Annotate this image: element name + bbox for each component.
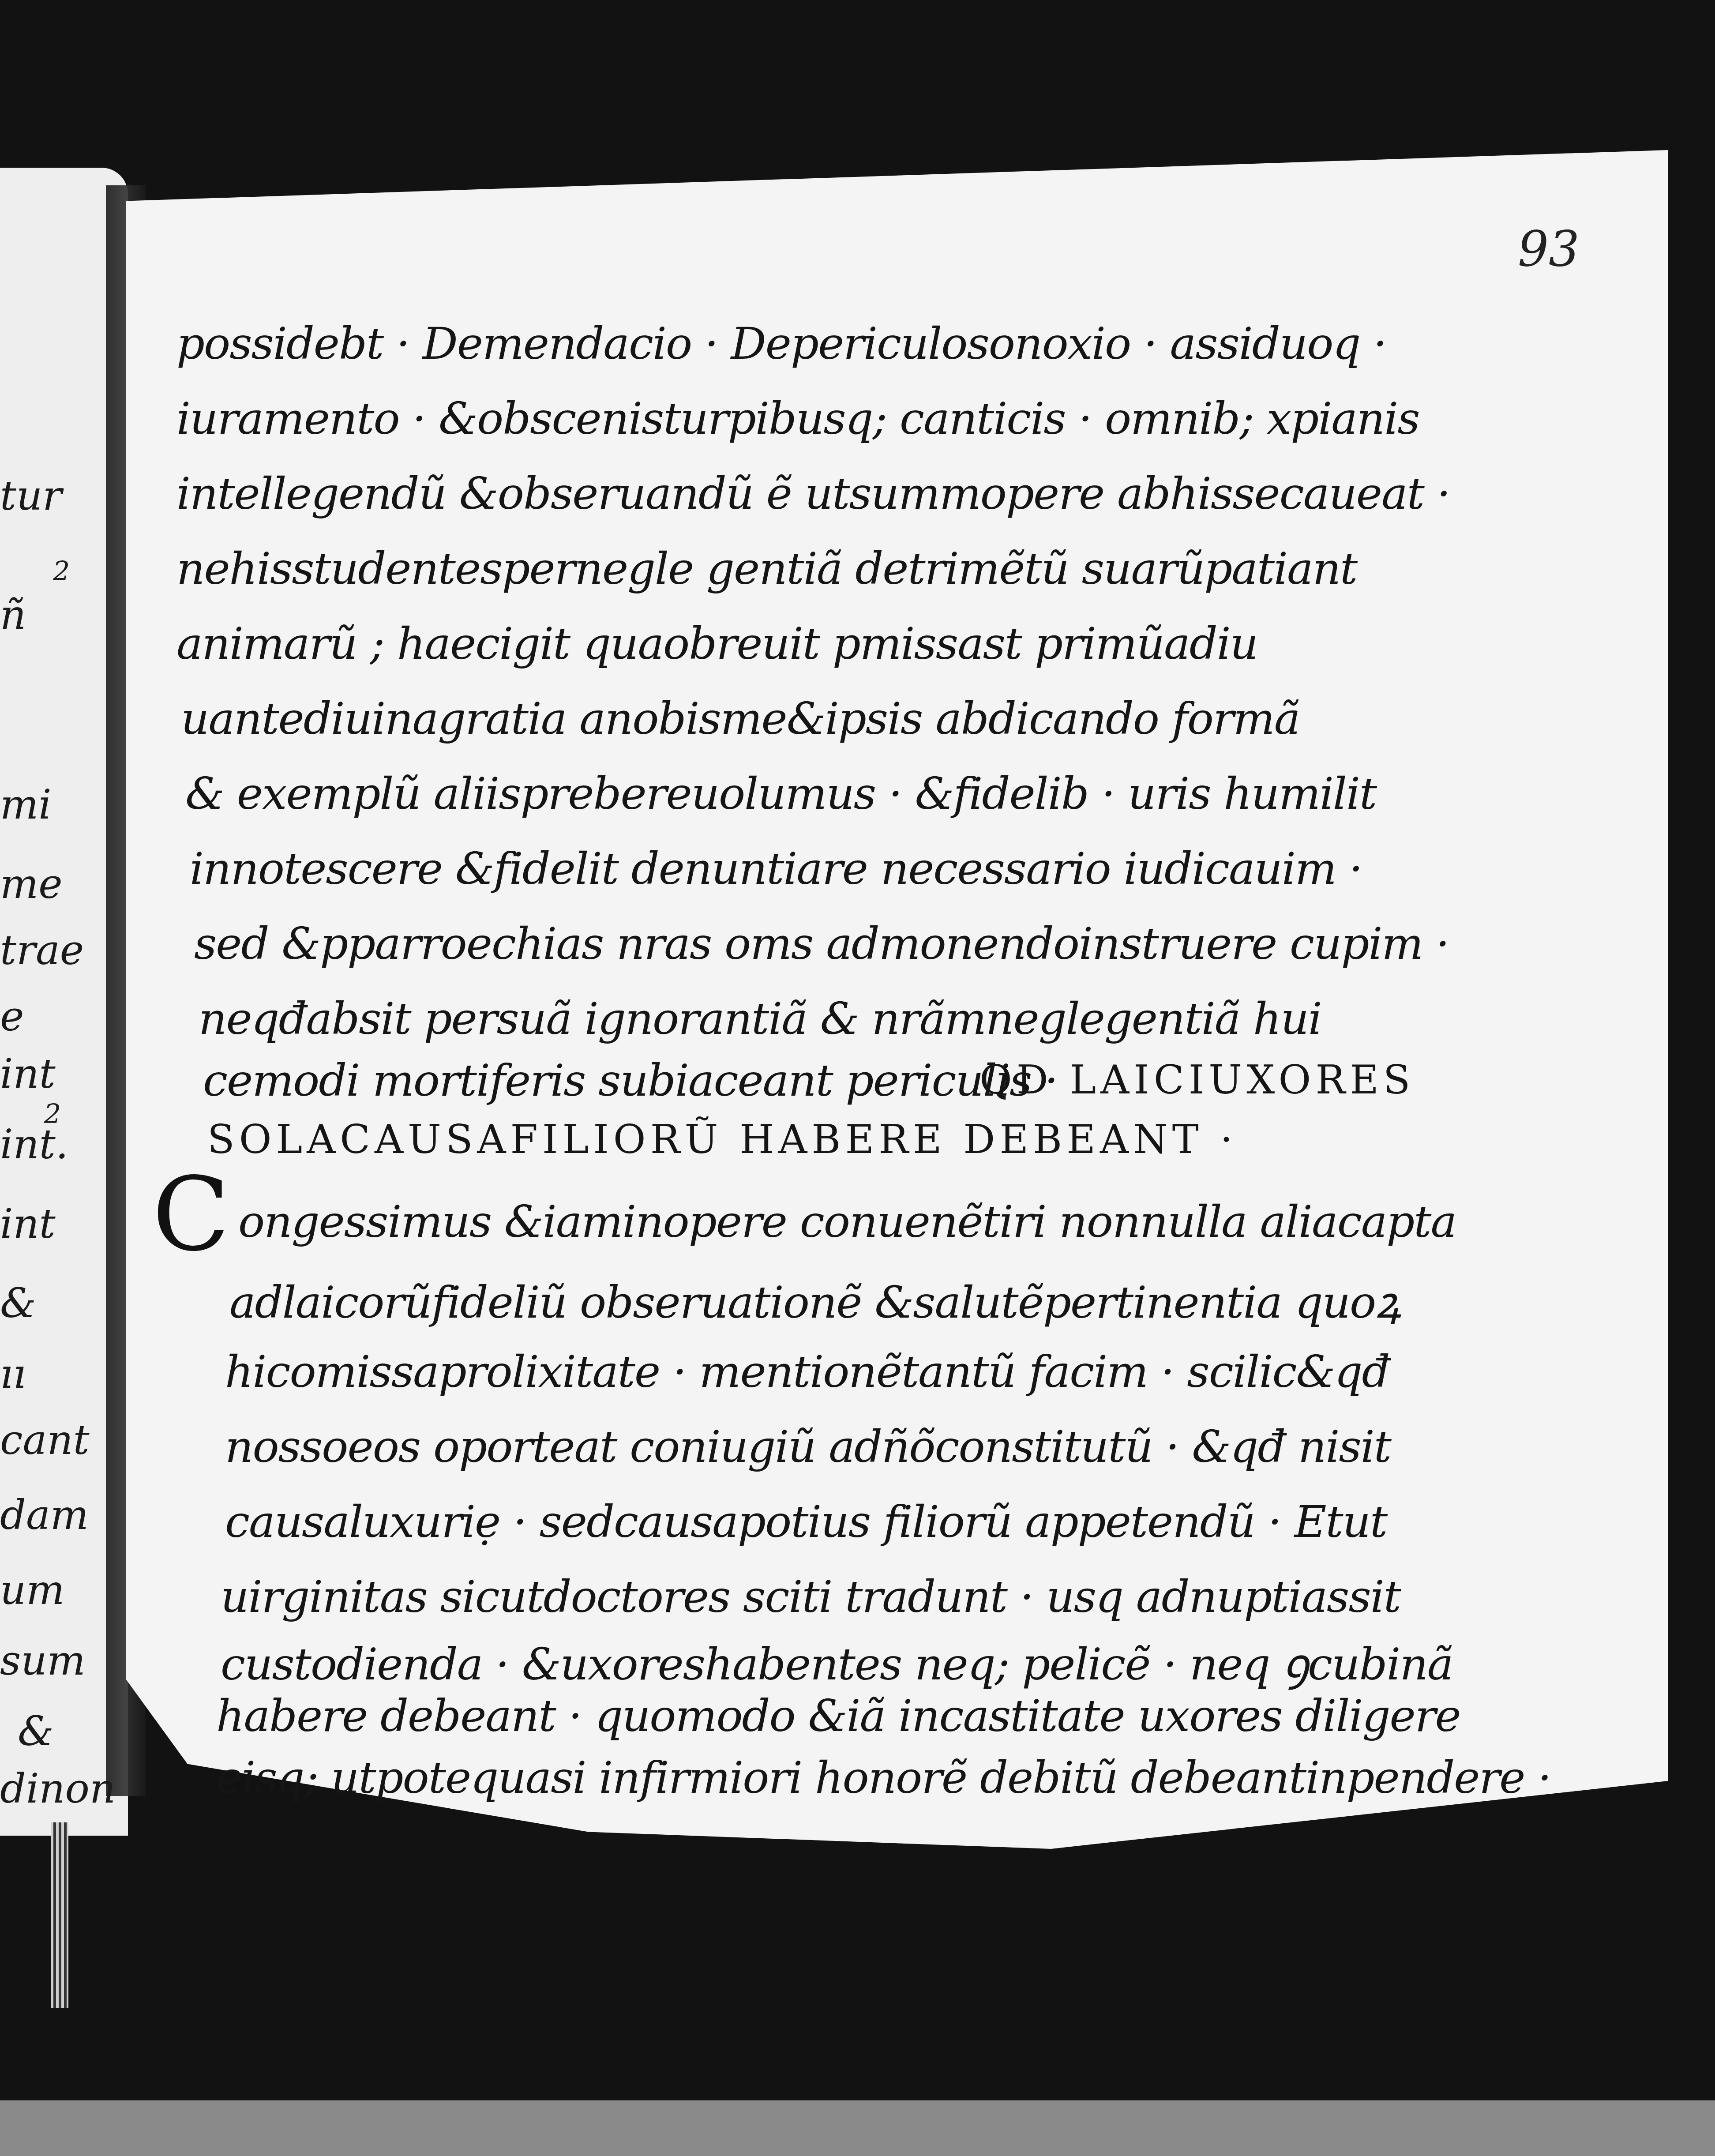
text-line: intellegendũ &obseruandũ ẽ utsummopere a… (176, 468, 1450, 519)
left-margin-text: cant (0, 1416, 90, 1464)
scan-bottom-strip (0, 2100, 1715, 2156)
left-margin-text: tur (0, 472, 62, 519)
left-margin-text: & (0, 1280, 36, 1327)
rubric-heading: QD LAICIUXORES (979, 1057, 1415, 1103)
text-line: neqđabsit persuã ignorantiã & nrãmnegleg… (199, 993, 1321, 1044)
text-line: innotescere &fidelit denuntiare necessar… (190, 843, 1362, 894)
bookmark-ribbon (51, 1822, 68, 2008)
text-line: nehisstudentespernegle gentiã detrimẽtũ … (176, 543, 1357, 594)
text-line: sed &pparroechias nras oms admonendoinst… (194, 918, 1449, 969)
text-line: & exemplũ aliisprebereuolumus · &fidelib… (185, 768, 1376, 819)
rubric-heading: SOLACAUSAFILIORŨ HABERE DEBEANT · (207, 1116, 1237, 1163)
left-margin-text: trae (0, 927, 84, 974)
text-line: cemodi mortiferis subiaceant periculis · (203, 1055, 1058, 1106)
text-line: nossoeos oporteat coniugiũ adñõconstitut… (225, 1421, 1391, 1472)
text-line: habere debeant · quomodo &iã incastitate… (216, 1690, 1460, 1742)
text-line: iuramento · &obscenisturpibusq; canticis… (176, 393, 1419, 444)
left-margin-text: & (18, 1708, 54, 1755)
text-line: uirginitas sicutdoctores sciti tradunt ·… (221, 1571, 1400, 1623)
left-margin-text: ıı (0, 1350, 26, 1397)
left-margin-text: dam (0, 1491, 89, 1539)
text-line: animarũ ; haecigit quaobreuit pmissast p… (176, 618, 1257, 669)
left-margin-text: int (0, 1200, 56, 1247)
left-margin-text: dinon (0, 1765, 116, 1812)
left-margin-text: ñ (0, 591, 26, 639)
text-line: possidebt · Demendacio · Depericulosonox… (176, 318, 1386, 369)
folio-number: 93 (1518, 221, 1580, 277)
left-margin-text: e (0, 993, 24, 1040)
left-margin-text: sum (0, 1637, 86, 1684)
text-line: ongessimus &iaminopere conuenẽtiri nonnu… (238, 1196, 1456, 1247)
text-line: hicomissaprolixitate · mentionẽtantũ fac… (225, 1346, 1389, 1397)
text-line: causaluxuriẹ · sedcausapotius filiorũ ap… (225, 1496, 1387, 1548)
left-margin-text: 2 (53, 556, 70, 587)
text-line: eisq; utpotequasi infirmiori honorẽ debi… (216, 1752, 1551, 1803)
text-line: adlaicorũfideliũ obseruationẽ &salutẽper… (229, 1271, 1400, 1331)
initial-capital: C (152, 1156, 230, 1274)
left-margin-text: int. (0, 1121, 68, 1168)
left-margin-text: int (0, 1050, 56, 1097)
text-line: custodienda · &uxoreshabentes neq; pelic… (221, 1633, 1452, 1693)
text-line: uantediuinagratia anobisme&ipsis abdican… (181, 693, 1299, 744)
left-margin-text: um (0, 1566, 65, 1614)
left-margin-text: me (0, 860, 63, 908)
left-margin-text: mi (0, 781, 52, 828)
